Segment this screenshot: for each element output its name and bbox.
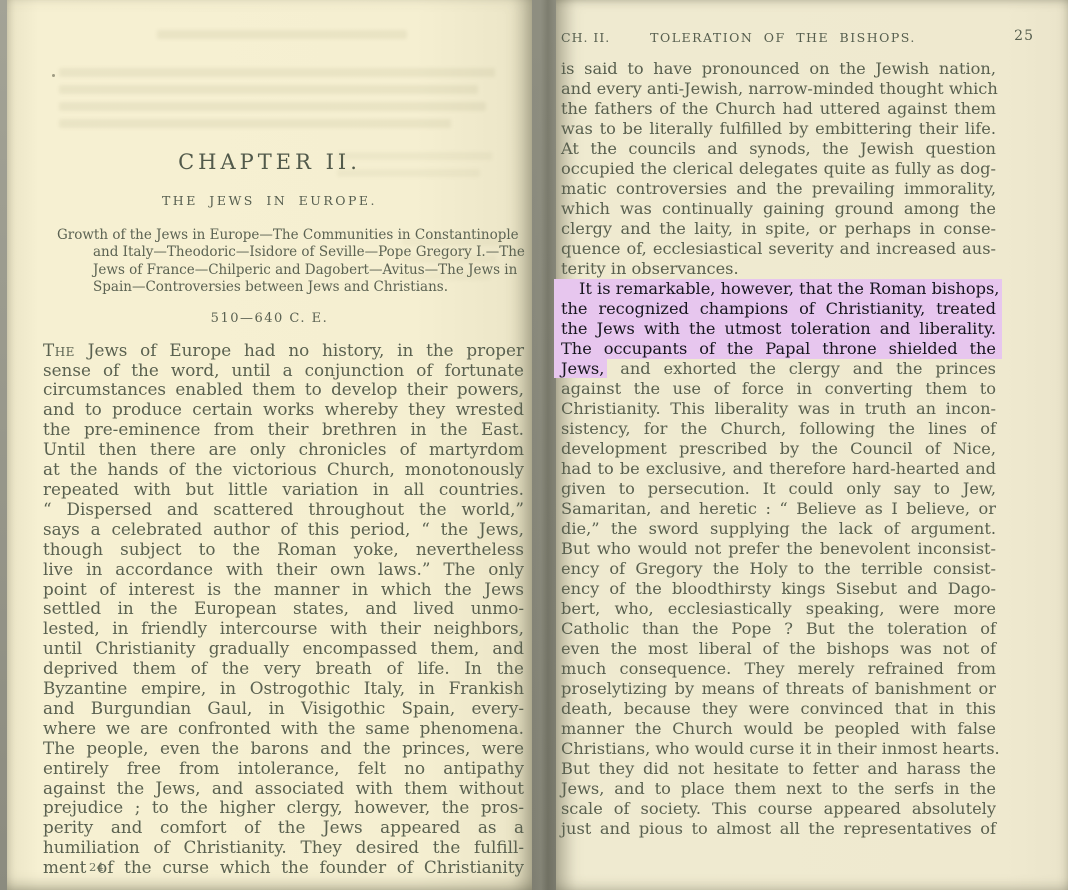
text-line: and to produce certain works whereby the…	[43, 400, 524, 420]
text-line: “ Dispersed and scattered throughout the…	[43, 500, 524, 520]
highlighted-text-line[interactable]: The occupants of the Papal throne shield…	[554, 339, 1002, 359]
right-page-body-text: is said to have pronounced on the Jewish…	[561, 59, 996, 839]
text-line: Christians, who would curse it in their …	[561, 739, 996, 759]
text-line: The Jews of Europe had no history, in th…	[43, 341, 524, 361]
text-line: humiliation of Christianity. They desire…	[43, 838, 524, 858]
chapter-heading: CHAPTER II.	[7, 150, 532, 174]
page-number-right: 25	[1014, 28, 1034, 44]
text-line: scale of society. This course appeared a…	[561, 799, 996, 819]
text-line: is said to have pronounced on the Jewish…	[561, 59, 996, 79]
text-line: against the use of force in converting t…	[561, 379, 996, 399]
text-line: circumstances enabled them to develop th…	[43, 380, 524, 400]
text-line: lested, in friendly intercourse with the…	[43, 619, 524, 639]
text-line: ency of the bloodthirsty kings Sisebut a…	[561, 579, 996, 599]
text-line: against the Jews, and associated with th…	[43, 779, 524, 799]
text-line: proselytizing by means of threats of ban…	[561, 679, 996, 699]
text-line: the fathers of the Church had uttered ag…	[561, 99, 996, 119]
text-line: prejudice ; to the higher clergy, howeve…	[43, 798, 524, 818]
text-line: which was continually gaining ground amo…	[561, 199, 996, 219]
left-page-body-text: The Jews of Europe had no history, in th…	[43, 341, 524, 878]
text-line: until Christianity gradually encompassed…	[43, 639, 524, 659]
text-line: Samaritan, and heretic : “ Believe as I …	[561, 499, 996, 519]
highlighted-text-line[interactable]: It is remarkable, however, that the Roma…	[554, 279, 1002, 299]
text-line: terity in observances.	[561, 259, 996, 279]
highlighted-text-line[interactable]: the recognized champions of Christianity…	[554, 299, 1002, 319]
text-line: Catholic than the Pope ? But the tolerat…	[561, 619, 996, 639]
highlighted-text-fragment[interactable]: Jews,	[554, 359, 607, 378]
text-line: much consequence. They merely refrained …	[561, 659, 996, 679]
running-header: CH. II. TOLERATION OF THE BISHOPS. 25	[561, 30, 1034, 46]
text-line: The people, even the barons and the prin…	[43, 739, 524, 759]
text-line: Jews, and to place them next to the serf…	[561, 779, 996, 799]
chapter-synopsis: Growth of the Jews in Europe—The Communi…	[57, 227, 501, 297]
scan-speck	[52, 74, 55, 77]
text-line: But who would not prefer the benevolent …	[561, 539, 996, 559]
text-line: live in accordance with their own laws.”…	[43, 560, 524, 580]
text-line: just and pious to almost all the represe…	[561, 819, 996, 839]
text-line: ment of the curse which the founder of C…	[43, 858, 524, 878]
chapter-subtitle: THE JEWS IN EUROPE.	[7, 193, 532, 208]
text-line: at the hands of the victorious Church, m…	[43, 460, 524, 480]
text-line: die,” the sword supplying the lack of ar…	[561, 519, 996, 539]
text-line: the pre-eminence from their brethren in …	[43, 420, 524, 440]
text-line: bert, who, ecclesiastically speaking, we…	[561, 599, 996, 619]
text-line: where we are confronted with the same ph…	[43, 719, 524, 739]
text-line: But they did not hesitate to fetter and …	[561, 759, 996, 779]
text-line: clergy and the laity, in spite, or perha…	[561, 219, 996, 239]
right-page: CH. II. TOLERATION OF THE BISHOPS. 25 is…	[556, 0, 1068, 890]
text-line: sistency, for the Church, following the …	[561, 419, 996, 439]
book-spread-scan: CHAPTER II. THE JEWS IN EUROPE. Growth o…	[0, 0, 1068, 890]
text-line: death, because they were convinced that …	[561, 699, 996, 719]
text-line: and every anti-Jewish, narrow-minded tho…	[561, 79, 996, 99]
text-line: Spain—Controversies between Jews and Chr…	[57, 279, 501, 296]
text-line: deprived them of the very breath of life…	[43, 659, 524, 679]
text-line: given to persecution. It could only say …	[561, 479, 996, 499]
bleed-through-text	[59, 68, 495, 128]
text-line: manner the Church would be peopled with …	[561, 719, 996, 739]
bleed-through-text	[157, 30, 407, 39]
text-line: and Burgundian Gaul, in Visigothic Spain…	[43, 699, 524, 719]
text-line: and Italy—Theodoric—Isidore of Seville—P…	[57, 244, 501, 261]
text-line: though subject to the Roman yoke, nevert…	[43, 540, 524, 560]
text-line: entirely free from intolerance, felt no …	[43, 759, 524, 779]
text-line: settled in the European states, and live…	[43, 599, 524, 619]
text-line: point of interest is the manner in which…	[43, 580, 524, 600]
text-line: repeated with but little variation in al…	[43, 480, 524, 500]
highlighted-text-line[interactable]: the Jews with the utmost toleration and …	[554, 319, 1002, 339]
text-line: Christianity. This liberality was in tru…	[561, 399, 996, 419]
text-line: Byzantine empire, in Ostrogothic Italy, …	[43, 679, 524, 699]
date-range: 510—640 C. E.	[7, 311, 532, 326]
running-header-chapter: CH. II.	[561, 30, 610, 45]
text-line: perity and comfort of the Jews appeared …	[43, 818, 524, 838]
text-line: occupied the clerical delegates quite as…	[561, 159, 996, 179]
running-header-title: TOLERATION OF THE BISHOPS.	[650, 30, 916, 45]
text-line: matic controversies and the prevailing i…	[561, 179, 996, 199]
small-caps-lead: The	[43, 340, 75, 360]
text-line: was to be literally fulfilled by embitte…	[561, 119, 996, 139]
text-line: says a celebrated author of this period,…	[43, 520, 524, 540]
text-line: Growth of the Jews in Europe—The Communi…	[57, 227, 501, 244]
page-number-left: 24	[89, 860, 104, 874]
left-page: CHAPTER II. THE JEWS IN EUROPE. Growth o…	[7, 0, 532, 890]
text-line: At the councils and synods, the Jewish q…	[561, 139, 996, 159]
text-line: even the most liberal of the bishops was…	[561, 639, 996, 659]
text-line: sense of the word, until a conjunction o…	[43, 361, 524, 381]
text-line: Jews, and exhorted the clergy and the pr…	[561, 359, 996, 379]
text-line: Jews of France—Chilperic and Dagobert—Av…	[57, 262, 501, 279]
text-line: ency of Gregory the Holy to the terrible…	[561, 559, 996, 579]
text-line: development prescribed by the Council of…	[561, 439, 996, 459]
text-line: Until then there are only chronicles of …	[43, 440, 524, 460]
text-line: had to be exclusive, and therefore hard-…	[561, 459, 996, 479]
text-line: quence of, ecclesiastical severity and i…	[561, 239, 996, 259]
